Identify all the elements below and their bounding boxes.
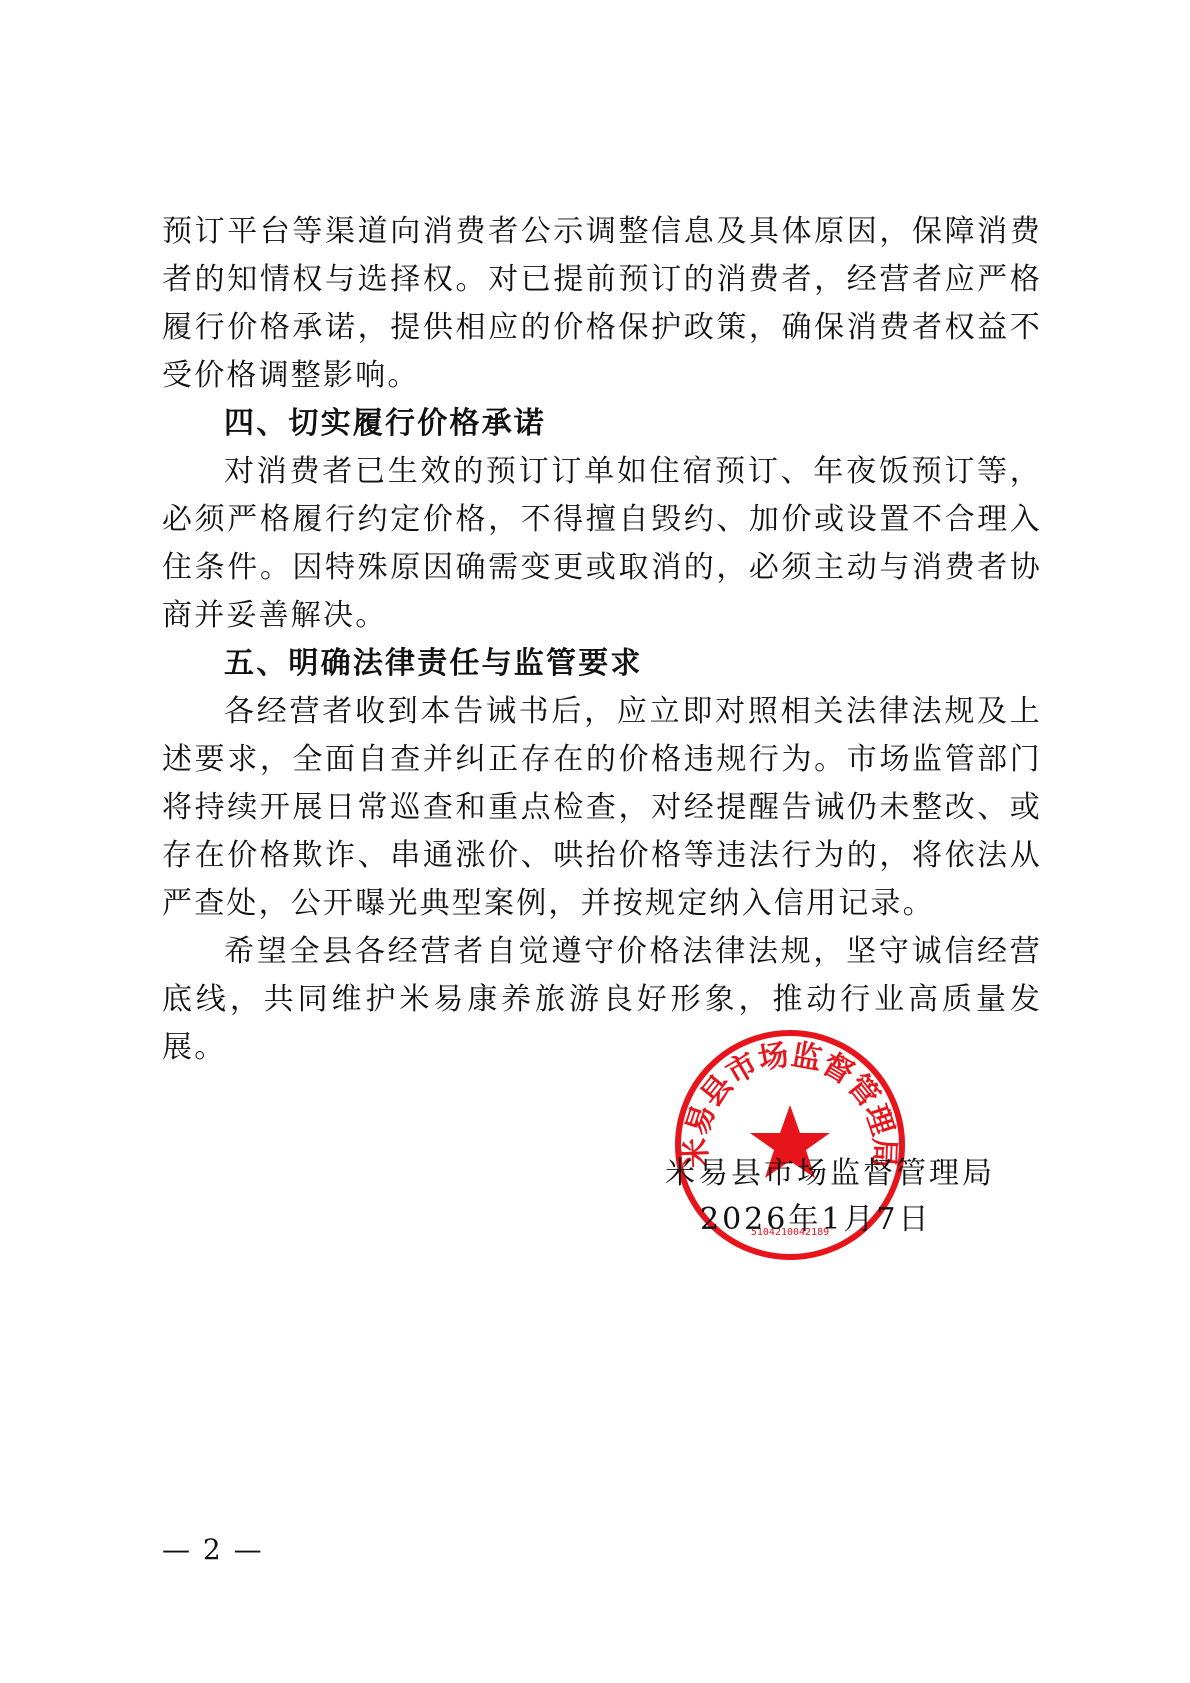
continuation-paragraph: 预订平台等渠道向消费者公示调整信息及具体原因，保障消费者的知情权与选择权。对已提… — [162, 208, 1042, 400]
document-body: 预订平台等渠道向消费者公示调整信息及具体原因，保障消费者的知情权与选择权。对已提… — [162, 208, 1042, 1072]
section-4-heading: 四、切实履行价格承诺 — [162, 400, 1042, 448]
issue-date: 2026年1月7日 — [700, 1196, 932, 1244]
document-page: 预订平台等渠道向消费者公示调整信息及具体原因，保障消费者的知情权与选择权。对已提… — [0, 0, 1190, 1683]
section-5-heading: 五、明确法律责任与监管要求 — [162, 640, 1042, 688]
page-number: — 2 — — [162, 1533, 264, 1566]
section-5-paragraph: 各经营者收到本告诫书后，应立即对照相关法律法规及上述要求，全面自查并纠正存在的价… — [162, 688, 1042, 928]
issuer-signature: 米易县市场监督管理局 — [665, 1150, 995, 1198]
section-4-paragraph: 对消费者已生效的预订订单如住宿预订、年夜饭预订等，必须严格履行约定价格，不得擅自… — [162, 448, 1042, 640]
closing-paragraph: 希望全县各经营者自觉遵守价格法律法规，坚守诚信经营底线，共同维护米易康养旅游良好… — [162, 928, 1042, 1072]
